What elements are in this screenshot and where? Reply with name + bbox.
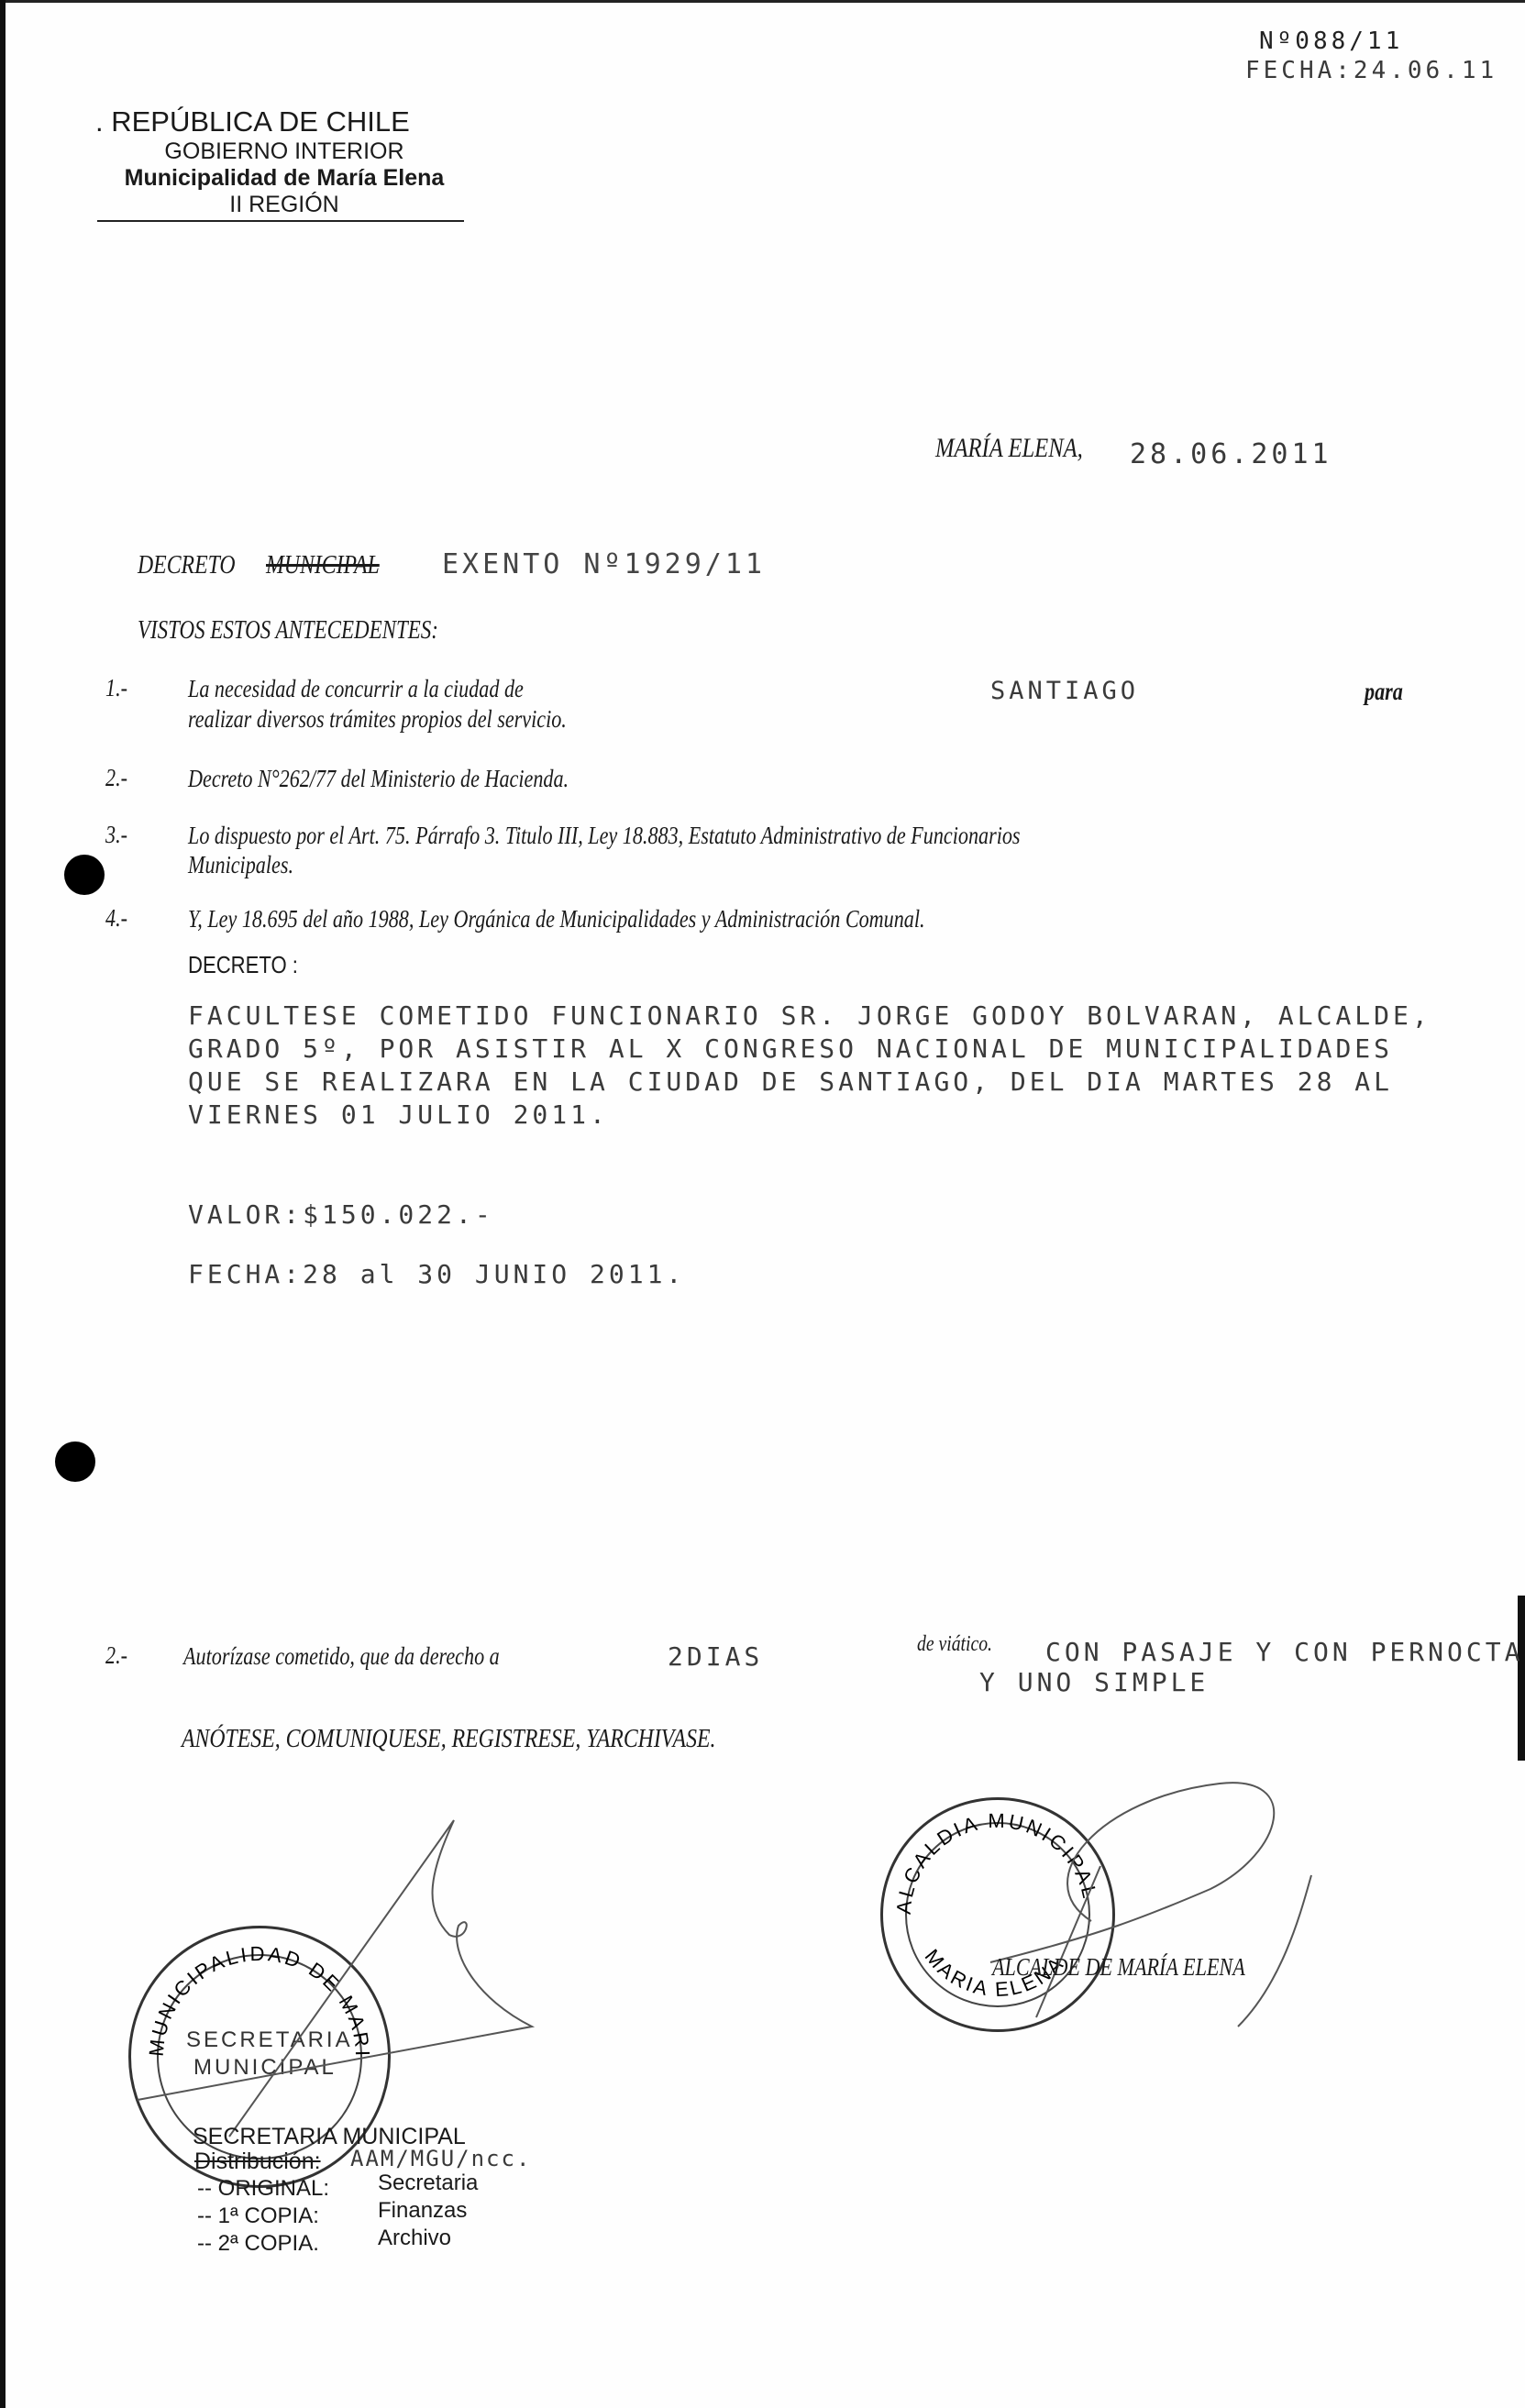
- vistos-3-line1: Lo dispuesto por el Art. 75. Párrafo 3. …: [188, 821, 1021, 851]
- scan-edge-left: [0, 0, 6, 2408]
- vistos-3-number: 3.-: [105, 821, 127, 849]
- letterhead-municipality: Municipalidad de María Elena: [92, 165, 477, 192]
- decreto-body-line-2: GRADO 5º, POR ASISTIR AL X CONGRESO NACI…: [188, 1031, 1393, 1067]
- scan-edge-right: [1518, 1596, 1525, 1761]
- reference-number: Nº088/11: [1259, 28, 1403, 55]
- distribution-row-dest: Finanzas: [378, 2197, 467, 2225]
- closing-formula: ANÓTESE, COMUNIQUESE, REGISTRESE, YARCHI…: [182, 1724, 715, 1754]
- scanned-decree-page: . REPÚBLICA DE CHILE GOBIERNO INTERIOR M…: [0, 0, 1525, 2408]
- vistos-2-text: Decreto N°262/77 del Ministerio de Hacie…: [188, 764, 569, 794]
- vistos-1-number: 1.-: [105, 674, 127, 702]
- letterhead-region: II REGIÓN: [92, 192, 477, 218]
- decree-header: DECRETO: [138, 550, 257, 580]
- letterhead-rule: [97, 220, 464, 222]
- item2-number: 2.-: [105, 1641, 127, 1670]
- decreto-body-line-1: FACULTESE COMETIDO FUNCIONARIO SR. JORGE…: [188, 998, 1431, 1034]
- letterhead: . REPÚBLICA DE CHILE GOBIERNO INTERIOR M…: [92, 105, 477, 222]
- decreto-body-line-4: VIERNES 01 JULIO 2011.: [188, 1097, 609, 1133]
- fecha-range: FECHA:28 al 30 JUNIO 2011.: [188, 1256, 685, 1293]
- decree-label: DECRETO: [138, 550, 236, 580]
- alcalde-title: ALCALDE DE MARÍA ELENA: [992, 1953, 1245, 1982]
- place-label: MARÍA ELENA,: [935, 433, 1083, 464]
- distribution-row-dest: Archivo: [378, 2225, 451, 2252]
- distribution-row-copy: -- 2ª COPIA.: [197, 2230, 319, 2258]
- valor-amount: VALOR:$150.022.-: [188, 1197, 494, 1233]
- punch-hole-icon: [64, 855, 105, 895]
- vistos-4-text: Y, Ley 18.695 del año 1988, Ley Orgánica…: [188, 904, 925, 934]
- alcaldia-seal-icon: ALCALDIA MUNICIPAL MARIA ELENA: [880, 1797, 1115, 2032]
- decree-number-stamp: EXENTO Nº1929/11: [442, 548, 766, 580]
- vistos-4-number: 4.-: [105, 904, 127, 933]
- reference-date: FECHA:24.06.11: [1245, 57, 1497, 84]
- alcaldia-seal-ring-text: ALCALDIA MUNICIPAL MARIA ELENA: [883, 1800, 1112, 2029]
- distribution-row-dest: Secretaria: [378, 2170, 478, 2197]
- vistos-2-number: 2.-: [105, 764, 127, 792]
- decree-date: 28.06.2011: [1130, 438, 1332, 470]
- scan-edge-top: [0, 0, 1525, 3]
- secretaria-seal-center-1: SECRETARIA: [186, 2027, 353, 2053]
- vistos-3-line2: Municipales.: [188, 850, 293, 880]
- distribution-row-copy: -- ORIGINAL:: [197, 2175, 329, 2203]
- distribution-row-copy: -- 1ª COPIA:: [197, 2203, 319, 2230]
- letterhead-country: . REPÚBLICA DE CHILE: [92, 105, 477, 138]
- vistos-1-line1: La necesidad de concurrir a la ciudad de: [188, 674, 524, 704]
- item2-viatico: de viático.: [917, 1632, 992, 1657]
- decreto-body-line-3: QUE SE REALIZARA EN LA CIUDAD DE SANTIAG…: [188, 1064, 1393, 1100]
- punch-hole-icon: [55, 1441, 95, 1482]
- struck-word: MUNICIPAL: [266, 550, 380, 580]
- item2-typed-line2: Y UNO SIMPLE: [979, 1667, 1209, 1697]
- decreto-label: DECRETO :: [188, 951, 298, 979]
- svg-text:ALCALDIA MUNICIPAL: ALCALDIA MUNICIPAL: [892, 1809, 1102, 1916]
- vistos-heading: VISTOS ESTOS ANTECEDENTES:: [138, 616, 438, 646]
- item2-typed-line1: CON PASAJE Y CON PERNOCTAR: [1045, 1637, 1525, 1667]
- letterhead-government: GOBIERNO INTERIOR: [92, 138, 477, 165]
- item2-text: Autorízase cometido, que da derecho a: [183, 1641, 500, 1672]
- vistos-1-line2: realizar diversos trámites propios del s…: [188, 704, 567, 735]
- distribution-label: Distribución:: [194, 2148, 321, 2175]
- secretaria-seal-center-2: MUNICIPAL: [193, 2055, 337, 2081]
- vistos-1-para: para: [1365, 677, 1403, 707]
- vistos-1-city: SANTIAGO: [990, 677, 1139, 705]
- item2-days: 2DIAS: [668, 1641, 763, 1672]
- distribution-initials: AAM/MGU/ncc.: [350, 2146, 531, 2171]
